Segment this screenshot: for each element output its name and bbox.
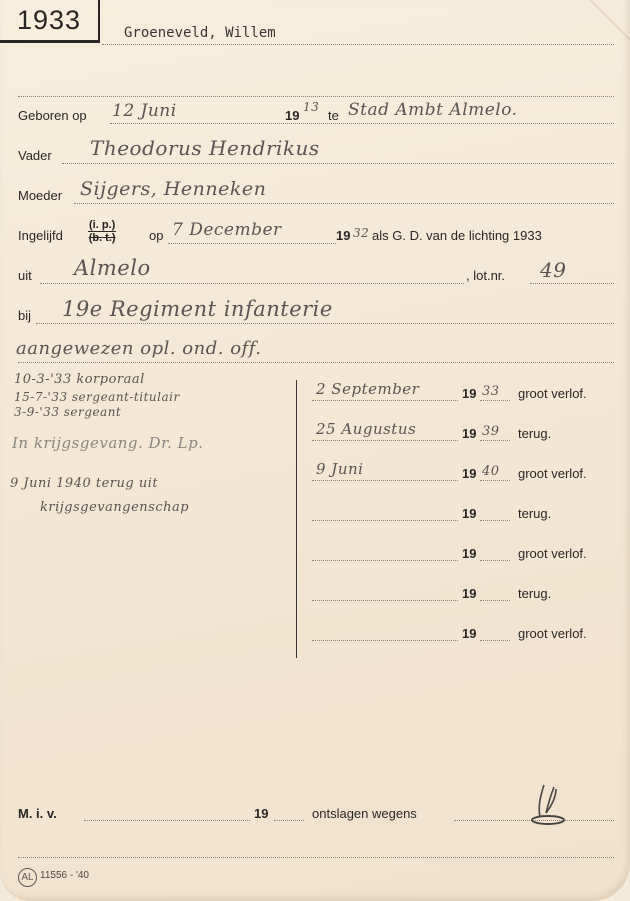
mother-name: Sijgers, Henneken — [80, 178, 266, 200]
name-line — [102, 44, 614, 45]
leave-century: 19 — [462, 586, 476, 601]
leave-year-line — [480, 600, 510, 601]
unit-assignment: aangewezen opl. ond. off. — [16, 338, 261, 359]
note-entry: krijgsgevangenschap — [40, 500, 189, 515]
leave-year: 39 — [482, 424, 500, 439]
year-box: 1933 — [0, 0, 100, 43]
born-label: Geboren op — [18, 108, 87, 123]
leave-status: groot verlof. — [518, 386, 587, 401]
lot-line — [530, 283, 614, 284]
enlisted-op-label: op — [149, 228, 163, 243]
enlisted-century: 19 — [336, 228, 350, 243]
lot-number: 49 — [540, 258, 566, 282]
leave-status: terug. — [518, 426, 551, 441]
from-label: uit — [18, 268, 32, 283]
leave-date: 2 September — [316, 380, 419, 398]
military-record-card: 1933 Groeneveld, Willem Geboren op 12 Ju… — [0, 0, 630, 901]
bottom-line — [18, 857, 614, 858]
leave-year-line — [480, 400, 510, 401]
leave-date: 9 Juni — [316, 460, 363, 478]
leave-year-line — [480, 520, 510, 521]
discharge-reason-label: ontslagen wegens — [312, 806, 417, 821]
leave-date-line — [312, 440, 458, 441]
leave-year: 40 — [482, 464, 500, 479]
leave-status: groot verlof. — [518, 626, 587, 641]
mother-line — [74, 203, 614, 204]
born-century: 19 — [285, 108, 299, 123]
unit-line-2 — [18, 362, 614, 363]
signature-mark — [530, 783, 570, 828]
blank-line — [18, 96, 614, 97]
father-name: Theodorus Hendrikus — [90, 136, 320, 160]
leave-year: 33 — [482, 384, 500, 399]
leave-century: 19 — [462, 506, 476, 521]
leave-year-line — [480, 440, 510, 441]
discharge-miv-label: M. i. v. — [18, 806, 57, 821]
discharge-date-line — [84, 820, 250, 821]
born-line — [110, 123, 614, 124]
leave-year-line — [480, 560, 510, 561]
leave-century: 19 — [462, 546, 476, 561]
leave-status: groot verlof. — [518, 466, 587, 481]
fraction-top: (i. p.) — [88, 219, 116, 232]
leave-status: groot verlof. — [518, 546, 587, 561]
promotion-entry: 3-9-'33 sergeant — [14, 405, 121, 419]
unit-label: bij — [18, 308, 31, 323]
lot-label: , lot.nr. — [466, 268, 505, 283]
leave-date-line — [312, 640, 458, 641]
printer-logo-icon: AL — [18, 868, 37, 887]
enlisted-line — [168, 243, 336, 244]
born-te-label: te — [328, 108, 339, 123]
note-entry: 9 Juni 1940 terug uit — [10, 476, 158, 491]
father-label: Vader — [18, 148, 52, 163]
leave-century: 19 — [462, 626, 476, 641]
born-place: Stad Ambt Almelo. — [348, 100, 518, 120]
card-fold-mark — [590, 0, 630, 40]
leave-date-line — [312, 560, 458, 561]
leave-date-line — [312, 400, 458, 401]
leave-year-line — [480, 640, 510, 641]
person-name: Groeneveld, Willem — [124, 25, 276, 41]
mother-label: Moeder — [18, 188, 62, 203]
father-line — [62, 163, 614, 164]
leave-century: 19 — [462, 386, 476, 401]
discharge-century: 19 — [254, 806, 268, 821]
from-line — [40, 283, 464, 284]
promotion-entry: 10-3-'33 korporaal — [14, 372, 145, 387]
leave-date-line — [312, 520, 458, 521]
leave-date: 25 Augustus — [316, 420, 416, 438]
leave-century: 19 — [462, 426, 476, 441]
enlisted-year: 32 — [353, 226, 369, 240]
leave-century: 19 — [462, 466, 476, 481]
enlisted-date: 7 December — [172, 220, 282, 240]
born-day-month: 12 Juni — [112, 101, 177, 121]
column-divider — [296, 380, 297, 658]
enlisted-label: Ingelijfd — [18, 228, 63, 243]
from-place: Almelo — [74, 256, 151, 280]
fraction-bottom: (b. t.) — [88, 232, 116, 244]
unit-line — [36, 323, 614, 324]
enlisted-class-label: als G. D. van de lichting 1933 — [372, 228, 542, 243]
promotion-entry: 15-7-'33 sergeant-titulair — [14, 390, 180, 404]
leave-date-line — [312, 480, 458, 481]
leave-status: terug. — [518, 506, 551, 521]
enlisted-fraction: (i. p.) (b. t.) — [88, 219, 116, 244]
born-year: 13 — [303, 100, 319, 114]
unit-name: 19e Regiment infanterie — [62, 297, 333, 321]
leave-year-line — [480, 480, 510, 481]
print-code: 11556 - '40 — [40, 870, 89, 881]
leave-status: terug. — [518, 586, 551, 601]
leave-date-line — [312, 600, 458, 601]
note-entry: In krijgsgevang. Dr. Lp. — [12, 434, 203, 452]
discharge-year-line — [274, 820, 304, 821]
